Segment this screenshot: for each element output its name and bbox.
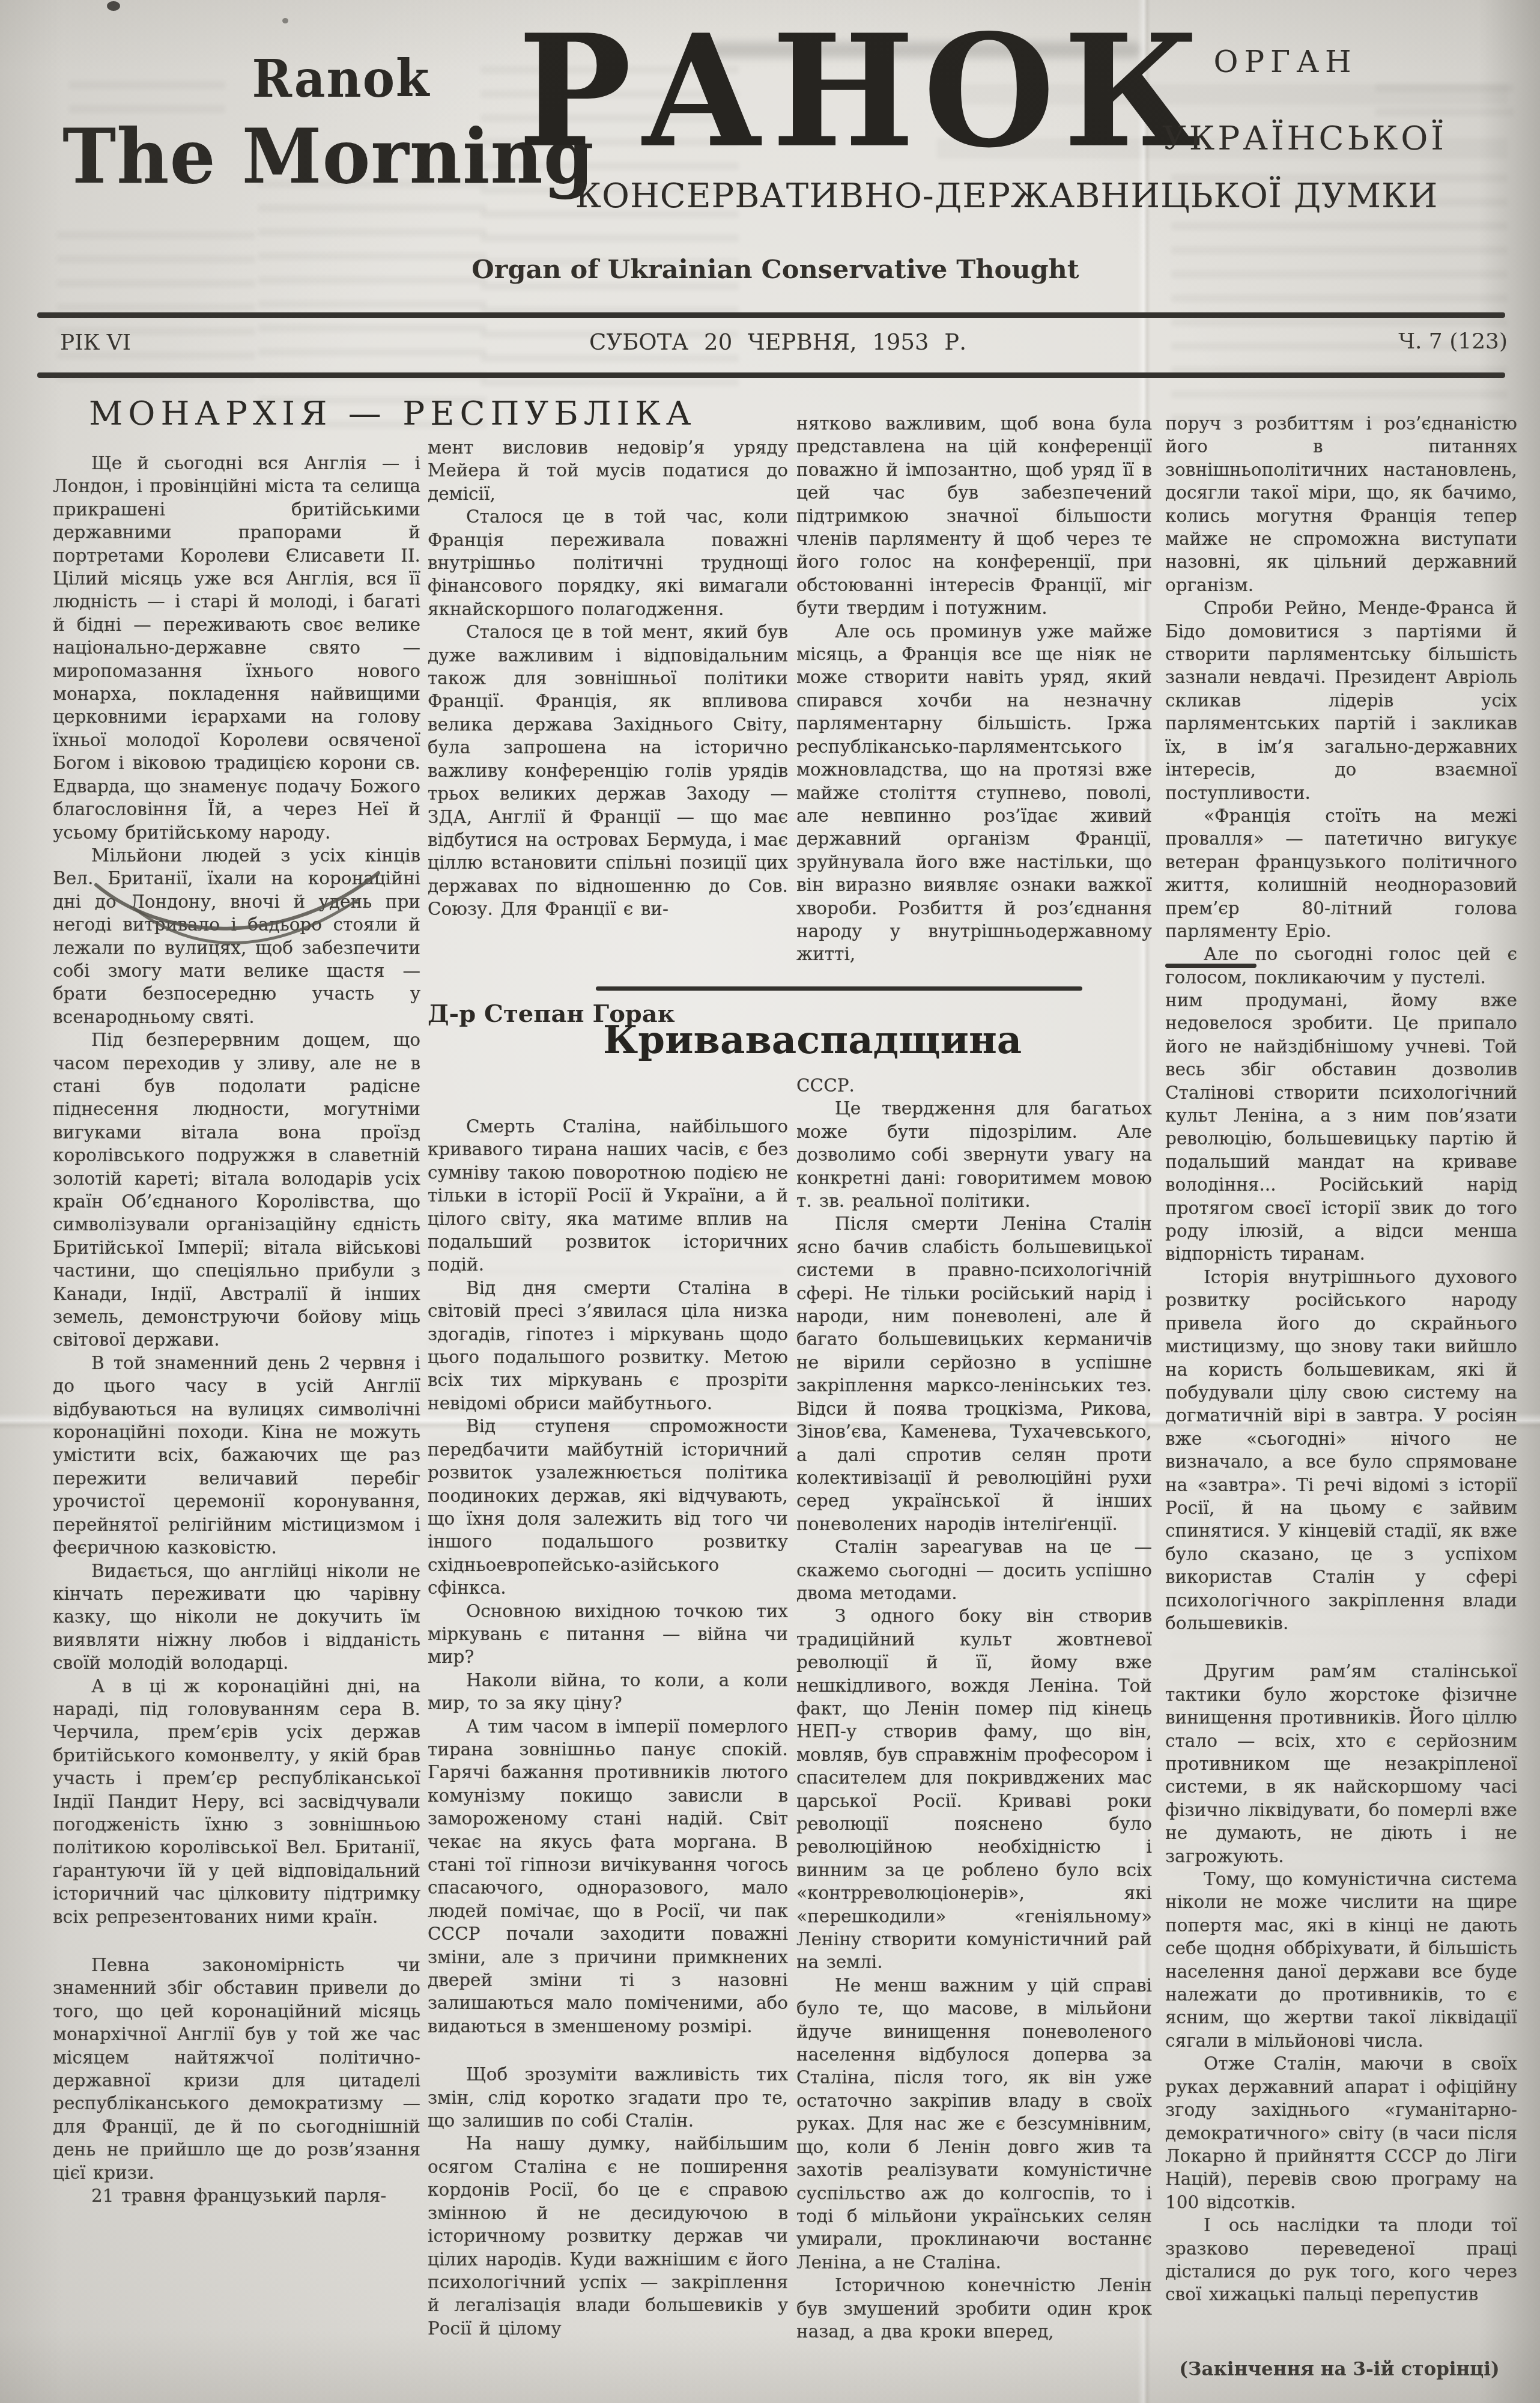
masthead-tagline-ukrainian: УКРАЇНСЬКОЇ bbox=[1124, 119, 1485, 157]
paragraph: Смерть Сталіна, найбільшого кривавого ти… bbox=[428, 1115, 788, 1277]
paragraph: Сталося це в той час, коли Франція переж… bbox=[428, 505, 788, 621]
article-end-rule bbox=[1165, 964, 1257, 968]
paragraph: Ще й сьогодні вся Англія — і Лондон, і п… bbox=[53, 452, 420, 844]
masthead-tagline-organ: ОРГАН bbox=[1189, 44, 1381, 79]
paragraph: Мільйони людей з усіх кінців Вел. Британ… bbox=[53, 844, 420, 1028]
paragraph: Певна закономірність чи знаменний збіг о… bbox=[53, 1954, 420, 2184]
volume-label: РІК VI bbox=[60, 330, 131, 355]
paragraph: Сталося це в той мент, який був дуже важ… bbox=[428, 621, 788, 920]
paragraph: Від дня смерти Сталіна в світовій пресі … bbox=[428, 1277, 788, 1415]
paragraph: Наколи війна, то коли, а коли мир, то за… bbox=[428, 1669, 788, 1715]
paragraph: Тому, що комуністична система ніколи не … bbox=[1165, 1868, 1517, 2052]
horizontal-rule bbox=[37, 312, 1505, 318]
paragraph: мент висловив недовір’я уряду Мейера й т… bbox=[428, 436, 788, 505]
paragraph: З одного боку він створив традиційний ку… bbox=[796, 1605, 1152, 1974]
article2-column2: Смерть Сталіна, найбільшого кривавого ти… bbox=[428, 1115, 788, 2340]
article2-headline-word2: спадщина bbox=[796, 1018, 1022, 1063]
paragraph: СССР. bbox=[796, 1074, 1152, 1097]
paragraph: Другим рам’ям сталінської тактики було ж… bbox=[1165, 1660, 1517, 1868]
paragraph: Спроби Рейно, Менде-Франса й Бідо домови… bbox=[1165, 597, 1517, 804]
paragraph: В той знаменний день 2 червня і до цього… bbox=[53, 1352, 420, 1560]
article-end-rule bbox=[596, 986, 1082, 991]
paragraph: Але ось проминув уже майже місяць, а Фра… bbox=[796, 620, 1152, 966]
article1-column3: нятково важливим, щоб вона була представ… bbox=[796, 412, 1152, 966]
horizontal-rule bbox=[37, 372, 1505, 378]
paragraph: Від ступеня спроможности передбачити май… bbox=[428, 1415, 788, 1599]
ink-speck bbox=[107, 1, 120, 11]
paragraph: На нашу думку, найбільшим осягом Сталіна… bbox=[428, 2132, 788, 2340]
article1-column4: поруч з розбиттям і роз’єднаністю його в… bbox=[1165, 412, 1517, 989]
paragraph: Отже Сталін, маючи в своїх руках державн… bbox=[1165, 2052, 1517, 2214]
paragraph: Це твердження для багатьох може бути під… bbox=[796, 1097, 1152, 1212]
bleedthrough-ghost bbox=[57, 231, 255, 381]
paragraph: Історичною конечністю Ленін був змушений… bbox=[796, 2274, 1152, 2343]
bleedthrough-ghost bbox=[1375, 84, 1514, 120]
paragraph: Історія внутрішнього духового розвитку р… bbox=[1165, 1266, 1517, 1635]
masthead-title-cyrillic: РАНОК bbox=[518, 14, 1210, 168]
paragraph: Після смерти Леніна Сталін ясно бачив сл… bbox=[796, 1212, 1152, 1536]
masthead-title-transliterated: Ranok bbox=[245, 48, 437, 109]
masthead-tagline-conservative-thought: КОНСЕРВАТИВНО-ДЕРЖАВНИЦЬКОЇ ДУМКИ bbox=[502, 177, 1511, 216]
paragraph: нятково важливим, щоб вона була представ… bbox=[796, 412, 1152, 620]
paragraph: Не менш важним у цій справі було те, що … bbox=[796, 1974, 1152, 2274]
issue-date: СУБОТА 20 ЧЕРВНЯ, 1953 Р. bbox=[559, 329, 997, 355]
paragraph: ним продумані, йому вже недовелося зроби… bbox=[1165, 989, 1517, 1266]
article2-column3: СССР.Це твердження для багатьох може бут… bbox=[796, 1074, 1152, 2343]
newspaper-front-page: Ranok The Morning РАНОК ОРГАН УКРАЇНСЬКО… bbox=[0, 0, 1540, 2403]
article1-headline: МОНАРХІЯ — РЕСПУБЛІКА bbox=[89, 394, 696, 433]
paragraph: І ось наслідки та плоди тої зразково пер… bbox=[1165, 2214, 1517, 2306]
paragraph: А тим часом в імперії померлого тирана з… bbox=[428, 1715, 788, 2038]
paragraph: поруч з розбиттям і роз’єднаністю його в… bbox=[1165, 412, 1517, 597]
paragraph: Під безперервним дощем, що часом переход… bbox=[53, 1028, 420, 1352]
paragraph: Сталін зареагував на це — скажемо сьогод… bbox=[796, 1536, 1152, 1605]
article2-headline: Кривава спадщина bbox=[603, 1018, 999, 1063]
article2-column4: ним продумані, йому вже недовелося зроби… bbox=[1165, 989, 1517, 2306]
paragraph: 21 травня французький парля- bbox=[53, 2184, 420, 2207]
article2-headline-word1: Кривава bbox=[603, 1018, 796, 1063]
masthead-title-english: The Morning bbox=[62, 112, 531, 201]
paragraph: «Франція стоїть на межі провалля» — пате… bbox=[1165, 804, 1517, 943]
paragraph: А в ці ж коронаційні дні, на нараді, під… bbox=[53, 1675, 420, 1928]
masthead-subtitle-english: Organ of Ukrainian Conservative Thought bbox=[454, 255, 1097, 285]
continuation-note: (Закінчення на 3-ій сторінці) bbox=[1153, 2359, 1526, 2380]
article1-column2: мент висловив недовір’я уряду Мейера й т… bbox=[428, 436, 788, 921]
issue-number: Ч. 7 (123) bbox=[1369, 329, 1508, 354]
ink-speck bbox=[282, 18, 288, 23]
paragraph: Щоб зрозуміти важливість тих змін, слід … bbox=[428, 2063, 788, 2132]
article1-column1: Ще й сьогодні вся Англія — і Лондон, і п… bbox=[53, 452, 420, 2207]
paragraph: Основною вихідною точкою тих міркувань є… bbox=[428, 1600, 788, 1669]
paragraph: Видається, що англійці ніколи не кінчать… bbox=[53, 1560, 420, 1675]
